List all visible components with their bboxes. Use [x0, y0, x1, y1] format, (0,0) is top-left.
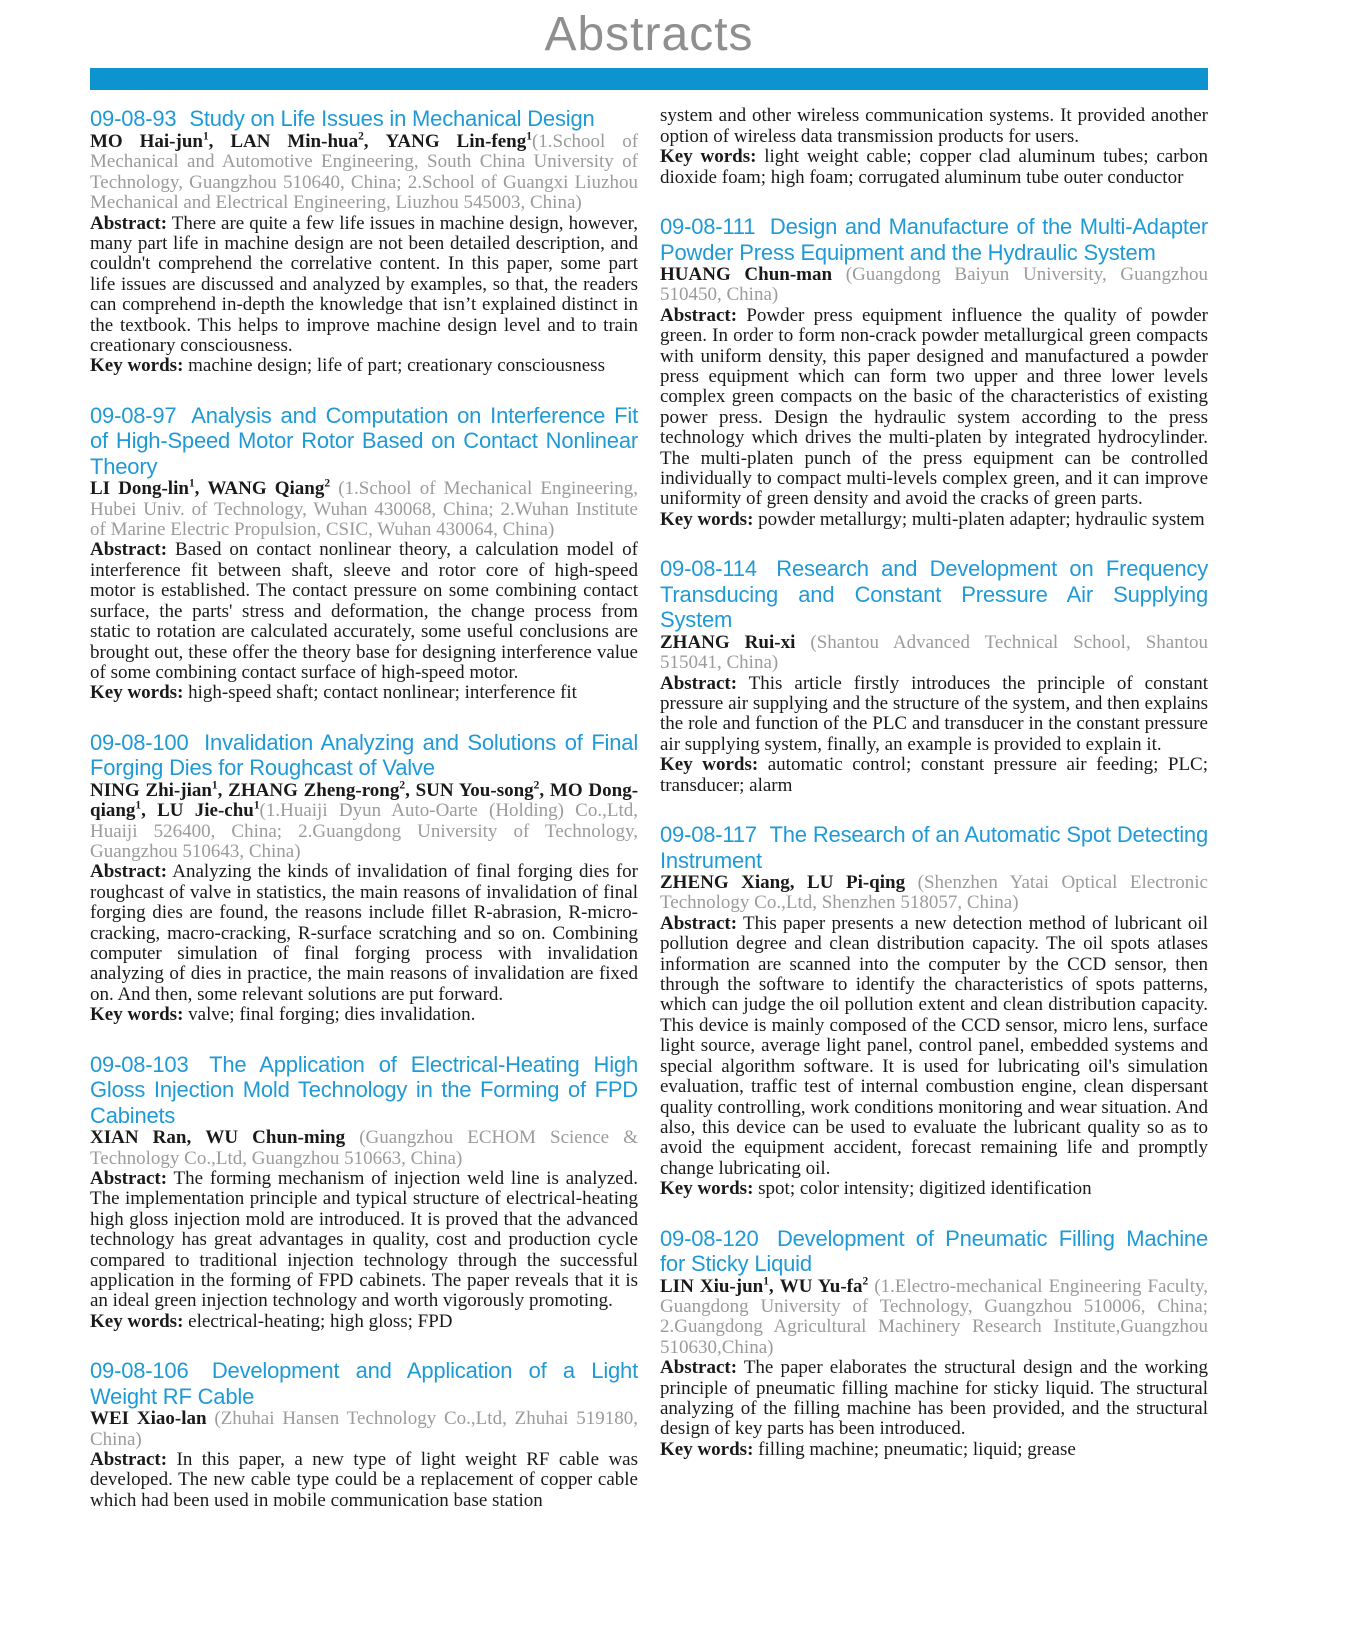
entry-abstract: Abstract: This paper presents a new dete… — [660, 914, 1208, 1179]
keywords-label: Key words: — [90, 682, 183, 703]
abstract-entry: 09-08-103 The Application of Electrical-… — [90, 1052, 638, 1333]
abstract-label: Abstract: — [660, 1357, 737, 1378]
entry-keywords: Key words: light weight cable; copper cl… — [660, 147, 1208, 188]
entry-id: 09-08-100 — [90, 730, 189, 755]
entry-keywords: Key words: high-speed shaft; contact non… — [90, 683, 638, 703]
author-superscript: 2 — [399, 779, 405, 791]
author-name: NING Zhi-jian1, — [90, 780, 222, 801]
author-superscript: 1 — [135, 800, 141, 812]
entry-abstract: Abstract: Powder press equipment influen… — [660, 306, 1208, 510]
entry-abstract: Abstract: Based on contact nonlinear the… — [90, 540, 638, 683]
entry-id: 09-08-114 — [660, 556, 757, 581]
abstracts-columns: 09-08-93 Study on Life Issues in Mechani… — [90, 106, 1208, 1511]
entry-heading: 09-08-93 Study on Life Issues in Mechani… — [90, 106, 638, 132]
abstract-entry: 09-08-114 Research and Development on Fr… — [660, 556, 1208, 796]
right-column: system and other wireless communication … — [660, 106, 1208, 1511]
entry-heading: 09-08-100 Invalidation Analyzing and Sol… — [90, 730, 638, 781]
keywords-label: Key words: — [660, 509, 753, 530]
abstract-label: Abstract: — [90, 1449, 167, 1470]
entry-id: 09-08-120 — [660, 1226, 759, 1251]
author-name: LU Jie-chu1 — [157, 800, 259, 821]
abstract-entry: 09-08-120 Development of Pneumatic Filli… — [660, 1226, 1208, 1461]
entry-keywords: Key words: machine design; life of part;… — [90, 356, 638, 376]
entry-authors: WEI Xiao-lan (Zhuhai Hansen Technology C… — [90, 1409, 638, 1450]
author-name: YANG Lin-feng1 — [385, 131, 531, 152]
abstract-label: Abstract: — [90, 539, 167, 560]
entry-keywords: Key words: filling machine; pneumatic; l… — [660, 1440, 1208, 1460]
author-name: WU Yu-fa2 — [780, 1276, 868, 1297]
author-name: MO Hai-jun1, — [90, 131, 213, 152]
entry-id: 09-08-106 — [90, 1358, 189, 1383]
abstract-label: Abstract: — [660, 673, 737, 694]
entry-heading: 09-08-97 Analysis and Computation on Int… — [90, 403, 638, 480]
entry-id: 09-08-93 — [90, 106, 176, 131]
entry-abstract: Abstract: The forming mechanism of injec… — [90, 1169, 638, 1312]
entry-authors: LI Dong-lin1, WANG Qiang2 (1.School of M… — [90, 479, 638, 540]
author-superscript: 2 — [358, 131, 364, 143]
author-name: ZHANG Zheng-rong2, — [228, 780, 410, 801]
entry-authors: MO Hai-jun1, LAN Min-hua2, YANG Lin-feng… — [90, 132, 638, 214]
entry-authors: HUANG Chun-man (Guangdong Baiyun Univers… — [660, 265, 1208, 306]
author-name: XIAN Ran, — [90, 1127, 191, 1148]
author-superscript: 1 — [189, 478, 195, 490]
abstract-label: Abstract: — [90, 213, 167, 234]
author-name: WANG Qiang2 — [208, 478, 331, 499]
author-superscript: 2 — [863, 1275, 869, 1287]
entry-abstract: Abstract: This article firstly introduce… — [660, 674, 1208, 756]
abstract-entry: 09-08-93 Study on Life Issues in Mechani… — [90, 106, 638, 376]
entry-id: 09-08-117 — [660, 822, 757, 847]
keywords-label: Key words: — [660, 146, 756, 167]
abstract-entry-continuation: system and other wireless communication … — [660, 106, 1208, 188]
keywords-label: Key words: — [90, 355, 183, 376]
entry-authors: NING Zhi-jian1, ZHANG Zheng-rong2, SUN Y… — [90, 781, 638, 863]
page-title: Abstracts — [90, 10, 1208, 60]
author-name: LAN Min-hua2, — [230, 131, 368, 152]
entry-abstract: Abstract: Analyzing the kinds of invalid… — [90, 862, 638, 1005]
page-header: Abstracts — [90, 10, 1208, 90]
abstract-label: Abstract: — [90, 861, 167, 882]
abstract-label: Abstract: — [90, 1168, 167, 1189]
abstract-entry: 09-08-106 Development and Application of… — [90, 1358, 638, 1511]
abstract-label: Abstract: — [660, 913, 737, 934]
keywords-label: Key words: — [660, 754, 758, 775]
abstract-entry: 09-08-97 Analysis and Computation on Int… — [90, 403, 638, 704]
entry-abstract: Abstract: There are quite a few life iss… — [90, 214, 638, 357]
entry-abstract: Abstract: The paper elaborates the struc… — [660, 1358, 1208, 1440]
entry-heading: 09-08-106 Development and Application of… — [90, 1358, 638, 1409]
entry-id: 09-08-103 — [90, 1052, 189, 1077]
author-name: LIN Xiu-jun1, — [660, 1276, 774, 1297]
entry-authors: ZHANG Rui-xi (Shantou Advanced Technical… — [660, 633, 1208, 674]
entry-id: 09-08-97 — [90, 403, 176, 428]
author-name: WU Chun-ming — [205, 1127, 345, 1148]
author-name: WEI Xiao-lan — [90, 1408, 207, 1429]
abstracts-page: Abstracts 09-08-93 Study on Life Issues … — [0, 0, 1364, 1640]
entry-authors: ZHENG Xiang, LU Pi-qing (Shenzhen Yatai … — [660, 873, 1208, 914]
abstract-entry: 09-08-100 Invalidation Analyzing and Sol… — [90, 730, 638, 1026]
author-superscript: 1 — [763, 1275, 769, 1287]
entry-heading: 09-08-111 Design and Manufacture of the … — [660, 214, 1208, 265]
author-name: SUN You-song2, — [416, 780, 545, 801]
entry-id: 09-08-111 — [660, 214, 755, 239]
entry-authors: LIN Xiu-jun1, WU Yu-fa2 (1.Electro-mecha… — [660, 1277, 1208, 1359]
keywords-label: Key words: — [90, 1311, 183, 1332]
keywords-label: Key words: — [660, 1178, 753, 1199]
abstract-label: Abstract: — [660, 305, 737, 326]
author-name: LI Dong-lin1, — [90, 478, 199, 499]
entry-heading: 09-08-114 Research and Development on Fr… — [660, 556, 1208, 633]
abstract-entry: 09-08-117 The Research of an Automatic S… — [660, 822, 1208, 1200]
author-superscript: 1 — [203, 131, 209, 143]
entry-title: Study on Life Issues in Mechanical Desig… — [189, 106, 594, 131]
entry-keywords: Key words: valve; final forging; dies in… — [90, 1005, 638, 1025]
entry-heading: 09-08-103 The Application of Electrical-… — [90, 1052, 638, 1129]
left-column: 09-08-93 Study on Life Issues in Mechani… — [90, 106, 638, 1511]
author-superscript: 1 — [212, 779, 218, 791]
author-name: ZHANG Rui-xi — [660, 632, 795, 653]
entry-abstract: Abstract: In this paper, a new type of l… — [90, 1450, 638, 1511]
keywords-label: Key words: — [660, 1439, 753, 1460]
entry-keywords: Key words: spot; color intensity; digiti… — [660, 1179, 1208, 1199]
abstract-continuation: system and other wireless communication … — [660, 106, 1208, 147]
author-name: ZHENG Xiang, — [660, 872, 794, 893]
author-name: LU Pi-qing — [807, 872, 905, 893]
entry-keywords: Key words: powder metallurgy; multi-plat… — [660, 510, 1208, 530]
entry-keywords: Key words: electrical-heating; high glos… — [90, 1312, 638, 1332]
author-superscript: 2 — [534, 779, 540, 791]
entry-heading: 09-08-117 The Research of an Automatic S… — [660, 822, 1208, 873]
keywords-label: Key words: — [90, 1004, 183, 1025]
entry-heading: 09-08-120 Development of Pneumatic Filli… — [660, 1226, 1208, 1277]
author-superscript: 2 — [324, 478, 330, 490]
author-name: HUANG Chun-man — [660, 264, 832, 285]
entry-keywords: Key words: automatic control; constant p… — [660, 755, 1208, 796]
abstract-entry: 09-08-111 Design and Manufacture of the … — [660, 214, 1208, 530]
entry-authors: XIAN Ran, WU Chun-ming (Guangzhou ECHOM … — [90, 1128, 638, 1169]
header-divider-bar — [90, 68, 1208, 90]
